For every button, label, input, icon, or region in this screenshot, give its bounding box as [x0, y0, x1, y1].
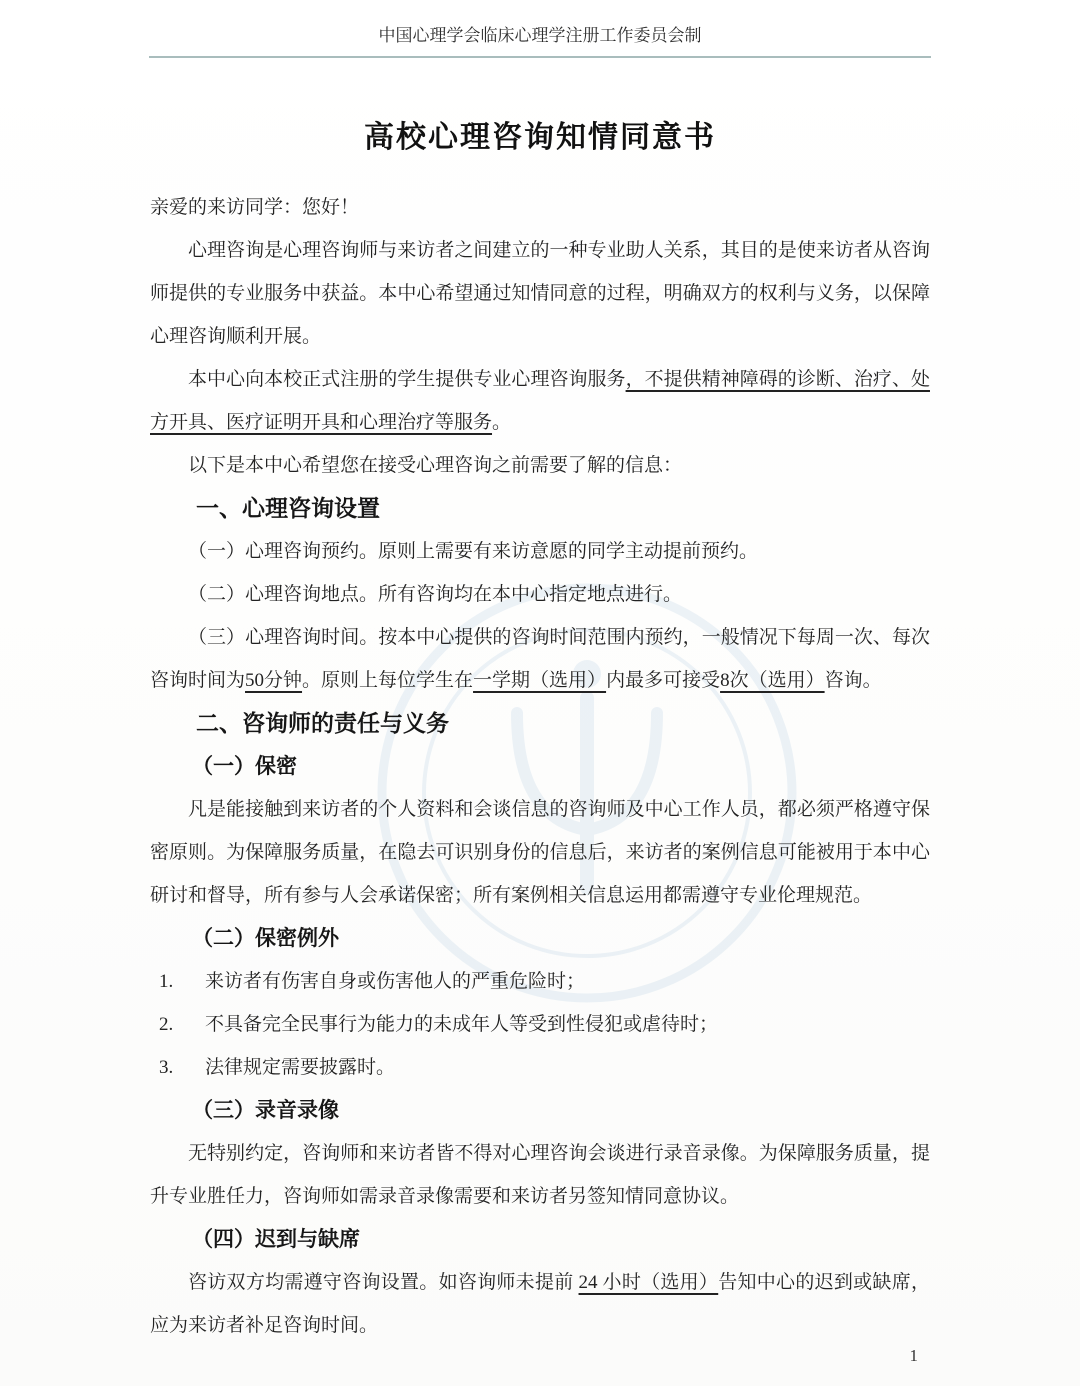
list-number: 1.	[159, 960, 205, 1003]
lateness-heading: （四）迟到与缺席	[150, 1218, 930, 1261]
exception-item-3: 3.法律规定需要披露时。	[150, 1046, 930, 1089]
text-run: 凡是能接触到来访者的个人资料和会谈信息的咨询师及中心工作人员，都必须严格遵守保密…	[150, 799, 930, 906]
setting-location: （二）心理咨询地点。所有咨询均在本中心指定地点进行。	[150, 573, 930, 616]
page-number: 1	[910, 1346, 919, 1366]
text-run: （四）迟到与缺席	[192, 1228, 360, 1251]
text-run: 亲爱的来访同学：您好！	[150, 197, 359, 218]
text-run: 法律规定需要披露时。	[205, 1057, 395, 1078]
list-number: 2.	[159, 1003, 205, 1046]
setting-time: （三）心理咨询时间。按本中心提供的咨询时间范围内预约，一般情况下每周一次、每次咨…	[150, 616, 930, 702]
list-number: 3.	[159, 1046, 205, 1089]
text-run: 不具备完全民事行为能力的未成年人等受到性侵犯或虐待时；	[205, 1014, 718, 1035]
recording-heading: （三）录音录像	[150, 1089, 930, 1132]
text-run: 无特别约定，咨询师和来访者皆不得对心理咨询会谈进行录音录像。为保障服务质量，提升…	[150, 1143, 930, 1207]
text-run: 一、心理咨询设置	[196, 495, 380, 521]
text-run: （二）保密例外	[192, 927, 339, 950]
underlined-text: 24 小时（选用）	[579, 1272, 719, 1293]
service-scope-paragraph: 本中心向本校正式注册的学生提供专业心理咨询服务，不提供精神障碍的诊断、治疗、处方…	[150, 358, 930, 444]
document-body: 亲爱的来访同学：您好！心理咨询是心理咨询师与来访者之间建立的一种专业助人关系，其…	[150, 186, 930, 1347]
lateness-paragraph: 咨访双方均需遵守咨询设置。如咨询师未提前 24 小时（选用）告知中心的迟到或缺席…	[150, 1261, 930, 1347]
exception-item-1: 1.来访者有伤害自身或伤害他人的严重危险时；	[150, 960, 930, 1003]
text-run: 以下是本中心希望您在接受心理咨询之前需要了解的信息：	[188, 455, 682, 476]
section-1-heading: 一、心理咨询设置	[150, 487, 930, 530]
text-run: 内最多可接受	[606, 670, 720, 691]
header-text: 中国心理学会临床心理学注册工作委员会制	[379, 26, 702, 45]
underlined-text: 8次（选用）	[720, 670, 825, 691]
text-run: （二）心理咨询地点。所有咨询均在本中心指定地点进行。	[188, 584, 682, 605]
page-header: 中国心理学会临床心理学注册工作委员会制	[0, 0, 1080, 46]
underlined-text: 50分钟	[245, 670, 302, 691]
header-rule	[149, 56, 931, 58]
text-run: 咨访双方均需遵守咨询设置。如咨询师未提前	[188, 1272, 579, 1293]
document-page: 中国心理学会临床心理学注册工作委员会制 高校心理咨询知情同意书 亲爱的来访同学：…	[0, 0, 1080, 1386]
lead-in-paragraph: 以下是本中心希望您在接受心理咨询之前需要了解的信息：	[150, 444, 930, 487]
recording-paragraph: 无特别约定，咨询师和来访者皆不得对心理咨询会谈进行录音录像。为保障服务质量，提升…	[150, 1132, 930, 1218]
text-run: 心理咨询是心理咨询师与来访者之间建立的一种专业助人关系，其目的是使来访者从咨询师…	[150, 240, 930, 347]
confidentiality-heading: （一）保密	[150, 745, 930, 788]
text-run: 来访者有伤害自身或伤害他人的严重危险时；	[205, 971, 585, 992]
underlined-text: 一学期（选用）	[473, 670, 606, 691]
text-run: 本中心向本校正式注册的学生提供专业心理咨询服务	[188, 369, 626, 390]
intro-paragraph: 心理咨询是心理咨询师与来访者之间建立的一种专业助人关系，其目的是使来访者从咨询师…	[150, 229, 930, 358]
text-run: （一）保密	[192, 755, 297, 778]
section-2-heading: 二、咨询师的责任与义务	[150, 702, 930, 745]
text-run: （一）心理咨询预约。原则上需要有来访意愿的同学主动提前预约。	[188, 541, 758, 562]
text-run: 二、咨询师的责任与义务	[196, 710, 449, 736]
document-title: 高校心理咨询知情同意书	[0, 118, 1080, 158]
text-run: （三）录音录像	[192, 1099, 339, 1122]
text-run: 咨询。	[825, 670, 882, 691]
setting-appointment: （一）心理咨询预约。原则上需要有来访意愿的同学主动提前预约。	[150, 530, 930, 573]
salutation-line: 亲爱的来访同学：您好！	[150, 186, 930, 229]
confidentiality-exceptions-heading: （二）保密例外	[150, 917, 930, 960]
exception-item-2: 2.不具备完全民事行为能力的未成年人等受到性侵犯或虐待时；	[150, 1003, 930, 1046]
text-run: 。	[492, 412, 511, 433]
text-run: 。原则上每位学生在	[302, 670, 473, 691]
confidentiality-paragraph: 凡是能接触到来访者的个人资料和会谈信息的咨询师及中心工作人员，都必须严格遵守保密…	[150, 788, 930, 917]
